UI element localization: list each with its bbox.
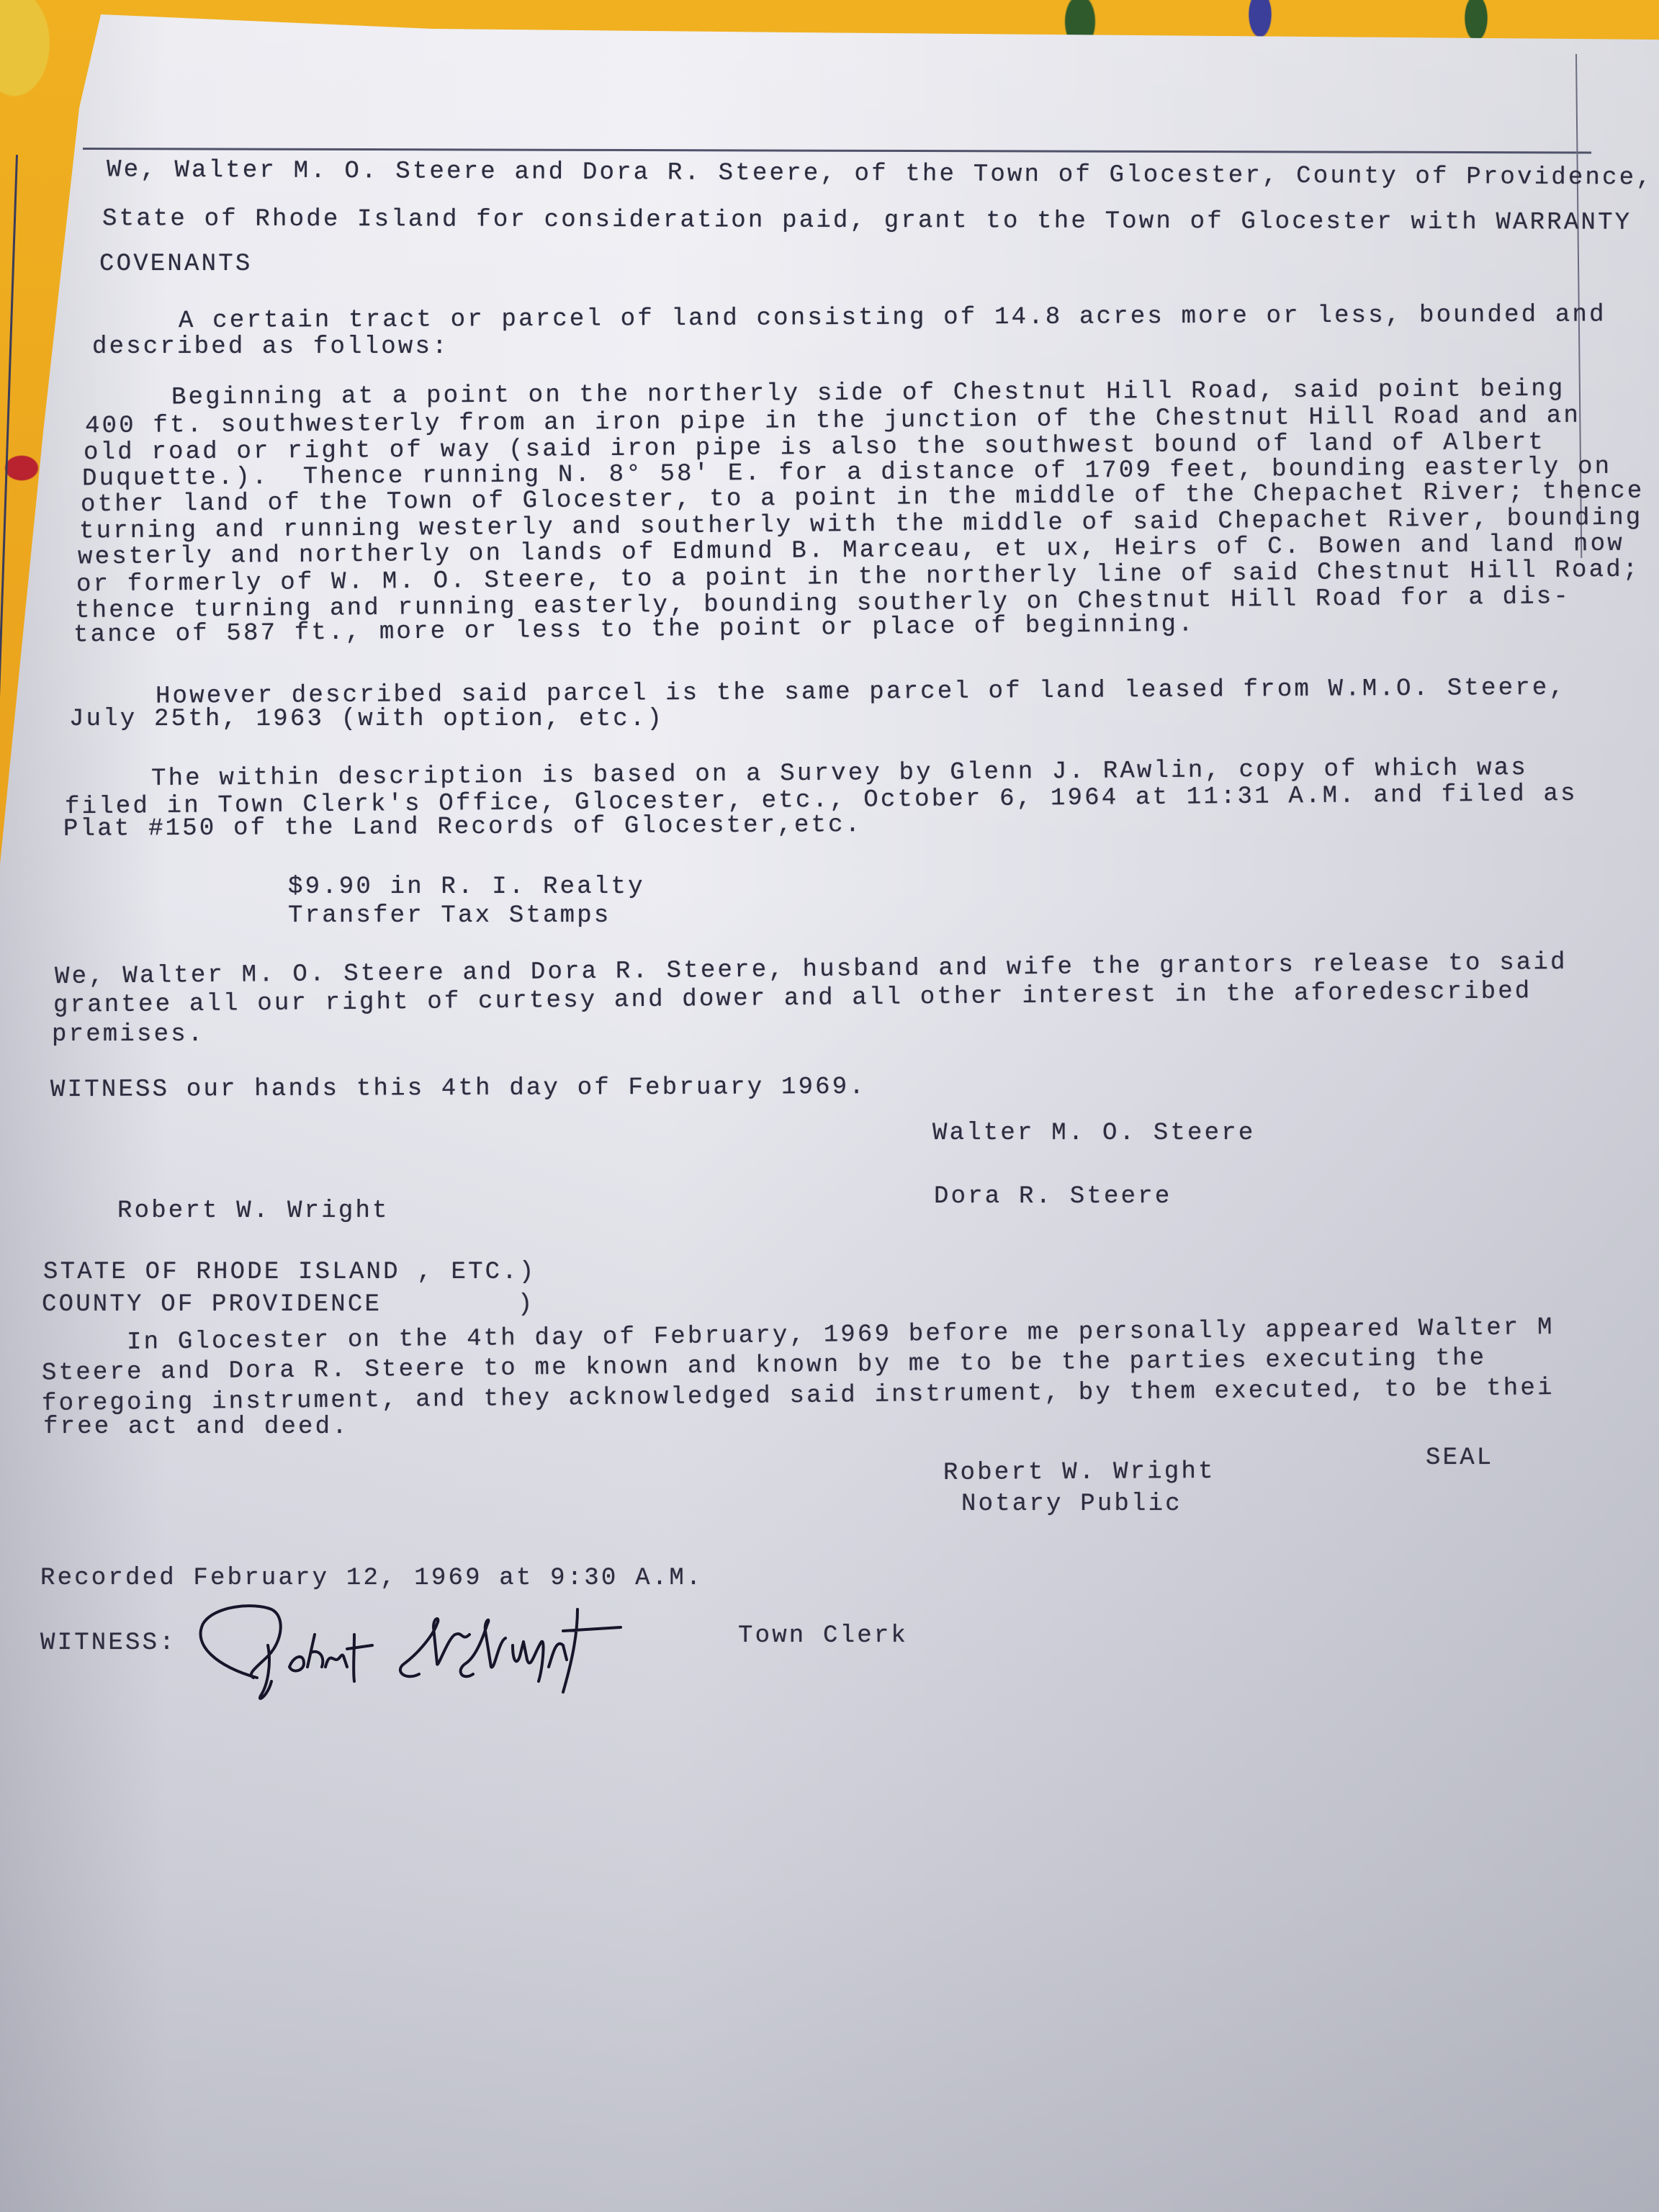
clerk-witness-label: WITNESS: (40, 1631, 176, 1655)
ack-header-state: STATE OF RHODE ISLAND , ETC.) (43, 1260, 536, 1285)
witness-line: WITNESS our hands this 4th day of Februa… (50, 1075, 866, 1102)
grant-line-2: State of Rhode Island for consideration … (102, 207, 1632, 235)
tax-stamps-line-2: Transfer Tax Stamps (288, 904, 611, 928)
grant-line-3: COVENANTS (99, 252, 252, 276)
recorded-line: Recorded February 12, 1969 at 9:30 A.M. (40, 1566, 703, 1591)
lease-line-2: July 25th, 1963 (with option, etc.) (69, 707, 664, 732)
ack-header-county: COUNTY OF PROVIDENCE ) (42, 1292, 535, 1317)
grantor-signature-dora: Dora R. Steere (934, 1184, 1172, 1209)
notary-title: Notary Public (961, 1492, 1182, 1516)
tract-line-2: described as follows: (92, 335, 449, 359)
seal-label: SEAL (1426, 1446, 1493, 1470)
grantor-signature-walter: Walter M. O. Steere (932, 1121, 1255, 1146)
clerk-title: Town Clerk (738, 1624, 908, 1648)
survey-line-3: Plat #150 of the Land Records of Glocest… (63, 813, 863, 842)
tract-line-1: A certain tract or parcel of land consis… (94, 302, 1606, 333)
release-line-3: premises. (52, 1022, 204, 1047)
tax-stamps-line-1: $9.90 in R. I. Realty (288, 875, 645, 899)
witness-name: Robert W. Wright (117, 1199, 390, 1223)
ack-line-4: free act and deed. (43, 1415, 349, 1439)
notary-name: Robert W. Wright (943, 1460, 1215, 1485)
clerk-handwritten-signature: Robert W Wright (189, 1602, 707, 1703)
